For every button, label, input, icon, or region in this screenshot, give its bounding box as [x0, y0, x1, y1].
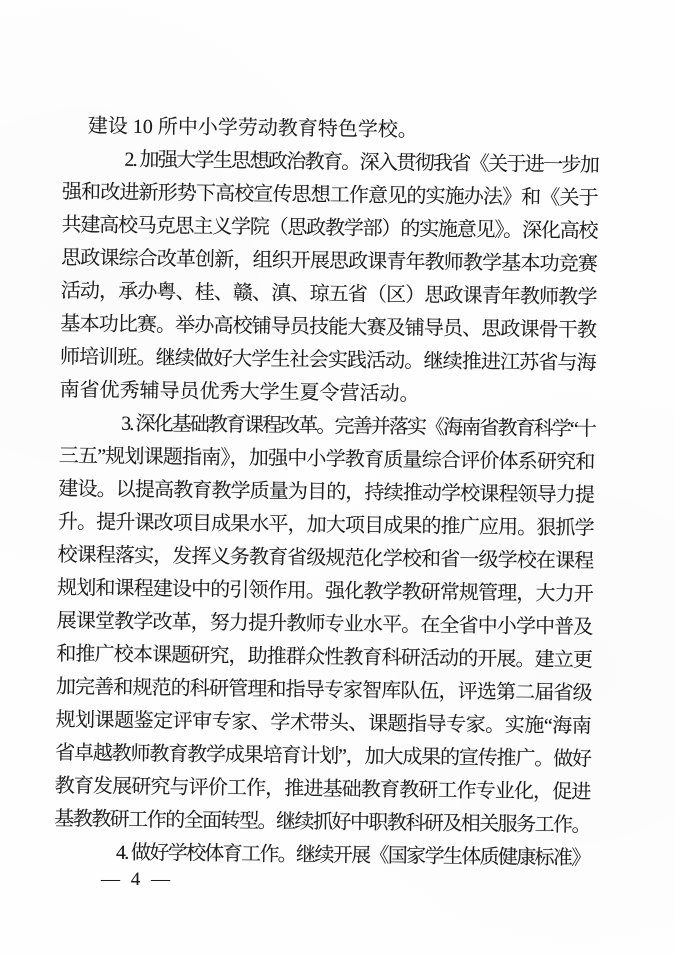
document-body-text: 建设 10 所中小学劳动教育特色学校。2. 加强大学生思想政治教育。深入贯彻我省… — [54, 110, 599, 875]
page-number: — 4 — — [101, 869, 173, 891]
document-page: 建设 10 所中小学劳动教育特色学校。2. 加强大学生思想政治教育。深入贯彻我省… — [0, 0, 675, 954]
